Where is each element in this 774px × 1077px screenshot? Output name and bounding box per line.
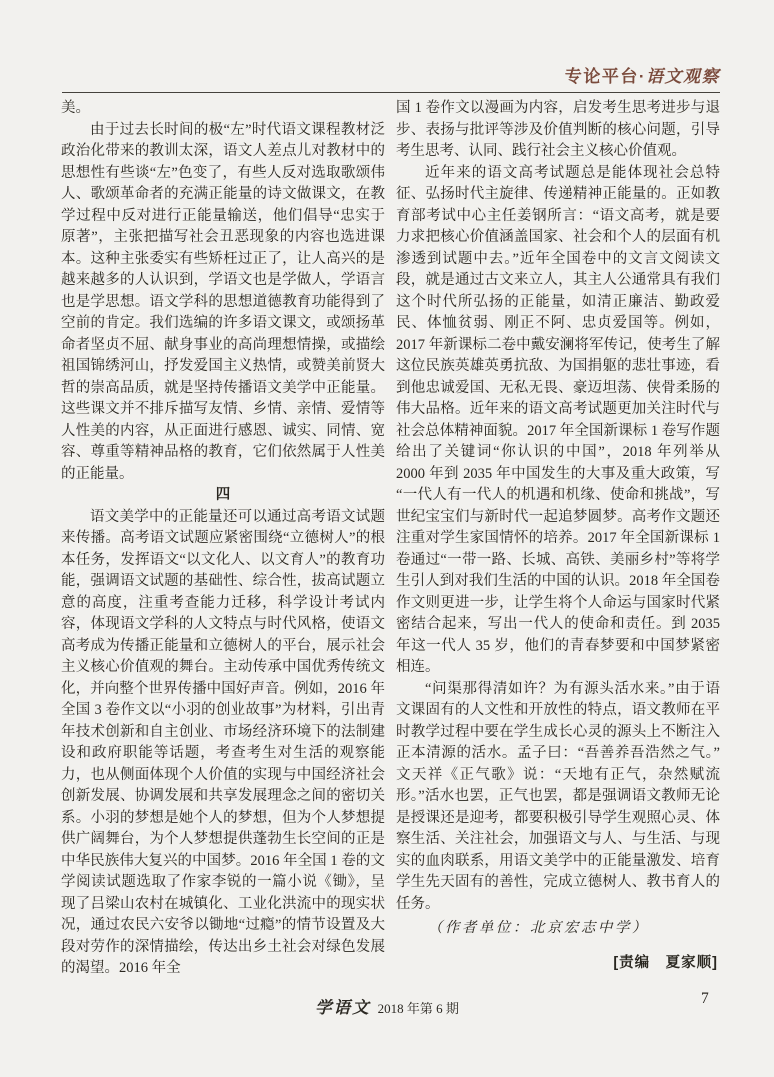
author-affiliation-note: （作者单位：北京宏志中学）: [396, 918, 720, 940]
header-divider-rule: [62, 92, 720, 93]
paragraph: 语文美学中的正能量还可以通过高考语文试题来传播。高考语文试题应紧密围绕“立德树人…: [61, 507, 385, 980]
scanned-journal-page: 专论平台·语文观察 美。 由于过去长时间的极“左”时代语文课程教材泛政治化带来的…: [0, 0, 774, 1077]
footer-journal-line: 学语文2018 年第 6 期: [0, 994, 774, 1018]
paragraph: “问渠那得清如许？为有源头活水来。”由于语文课固有的人文性和开放性的特点，语文教…: [396, 679, 720, 916]
right-text-column: 国 1 卷作文以漫画为内容，启发考生思考进步与退步、表扬与批评等涉及价值判断的核…: [396, 98, 720, 974]
paragraph: 由于过去长时间的极“左”时代语文课程教材泛政治化带来的教训太深，语文人差点儿对教…: [61, 120, 385, 486]
section-banner: 专论平台·语文观察: [62, 62, 720, 87]
section-heading-four: 四: [61, 485, 385, 507]
responsible-editor-note: [责编 夏家顺]: [396, 953, 720, 975]
page-number: 7: [701, 990, 709, 1008]
left-text-column: 美。 由于过去长时间的极“左”时代语文课程教材泛政治化带来的教训太深，语文人差点…: [61, 98, 385, 980]
section-banner-platform: 专论平台·: [565, 67, 646, 86]
section-banner-column: 语文观察: [646, 67, 720, 86]
journal-title: 学语文: [315, 998, 371, 1017]
journal-issue: 2018 年第 6 期: [378, 1001, 459, 1016]
paragraph-continuation: 国 1 卷作文以漫画为内容，启发考生思考进步与退步、表扬与批评等涉及价值判断的核…: [396, 98, 720, 163]
paragraph: 近年来的语文高考试题总是能体现社会总特征、弘扬时代主旋律、传递精神正能量的。正如…: [396, 163, 720, 679]
paragraph-continuation: 美。: [61, 98, 385, 120]
